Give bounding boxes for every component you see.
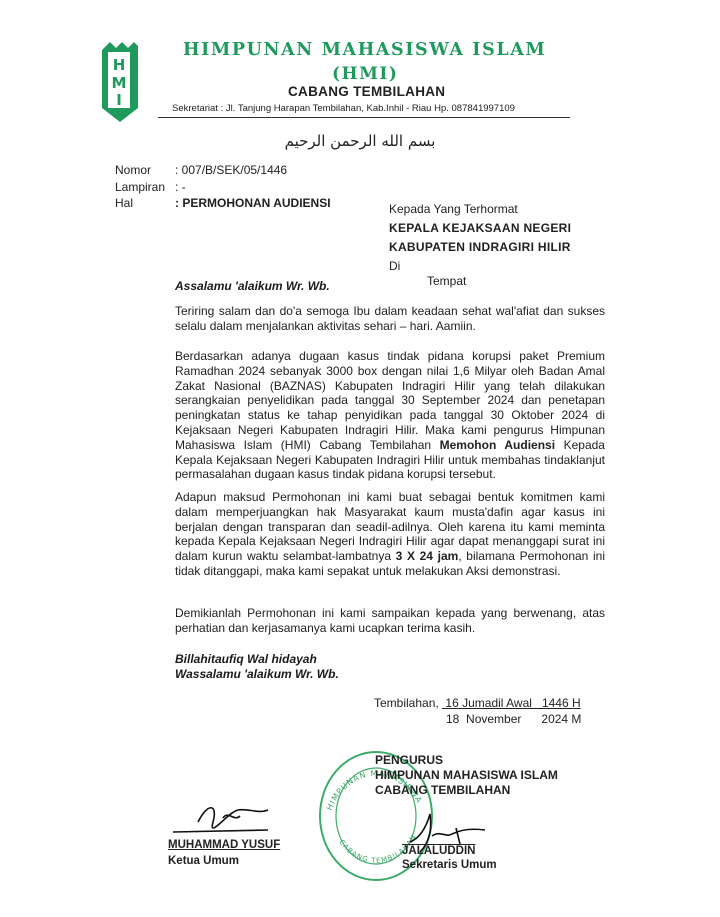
nomor-value: : 007/B/SEK/05/1446 bbox=[175, 163, 287, 177]
nomor-label: Nomor bbox=[115, 163, 151, 177]
org-address: Sekretariat : Jl. Tanjung Harapan Tembil… bbox=[172, 103, 515, 114]
lampiran-label: Lampiran bbox=[115, 180, 165, 194]
svg-text:I: I bbox=[116, 91, 122, 109]
opening-salam: Assalamu 'alaikum Wr. Wb. bbox=[175, 279, 330, 293]
signatory-right-name: JALALUDDIN bbox=[402, 845, 475, 857]
closing-line1: Billahitaufiq Wal hidayah bbox=[175, 652, 339, 667]
hmi-logo-icon: H M I bbox=[100, 42, 140, 122]
paragraph-4: Demikianlah Permohonan ini kami sampaika… bbox=[175, 606, 605, 636]
org-abbreviation: (HMI) bbox=[332, 64, 398, 84]
sig-org-line3: CABANG TEMBILAHAN bbox=[375, 783, 558, 798]
signature-scribble-left bbox=[168, 792, 278, 842]
recipient-greeting: Kepada Yang Terhormat bbox=[389, 201, 571, 218]
recipient-line1: KEPALA KEJAKSAAN NEGERI bbox=[389, 220, 571, 237]
recipient-line2: KABUPATEN INDRAGIRI HILIR bbox=[389, 239, 571, 256]
gregorian-date: 18 November 2024 M bbox=[374, 711, 581, 727]
paragraph-2-text: Berdasarkan adanya dugaan kasus tindak p… bbox=[175, 349, 605, 452]
date-block: Tembilahan, 16 Jumadil Awal 1446 H 18 No… bbox=[374, 695, 581, 727]
paragraph-1: Teriring salam dan do'a semoga Ibu dalam… bbox=[175, 304, 605, 334]
recipient-block: Kepada Yang Terhormat KEPALA KEJAKSAAN N… bbox=[389, 201, 571, 290]
svg-text:بسم الله الرحمن الرحيم: بسم الله الرحمن الرحيم bbox=[285, 132, 436, 150]
paragraph-3-emphasis: 3 X 24 jam bbox=[396, 549, 459, 563]
hijri-date: 16 Jumadil Awal 1446 H bbox=[442, 696, 581, 710]
signatory-left-title: Ketua Umum bbox=[168, 855, 239, 867]
closing-block: Billahitaufiq Wal hidayah Wassalamu 'ala… bbox=[175, 652, 339, 682]
signature-org-block: PENGURUS HIMPUNAN MAHASISWA ISLAM CABANG… bbox=[375, 753, 558, 798]
org-branch: CABANG TEMBILAHAN bbox=[288, 84, 445, 99]
paragraph-2-emphasis: Memohon Audiensi bbox=[440, 438, 555, 452]
signatory-left-name: MUHAMMAD YUSUF bbox=[168, 839, 280, 851]
recipient-tempat: Tempat bbox=[389, 273, 571, 290]
sig-org-line1: PENGURUS bbox=[375, 753, 558, 768]
closing-line2: Wassalamu 'alaikum Wr. Wb. bbox=[175, 667, 339, 682]
org-name: HIMPUNAN MAHASISWA ISLAM bbox=[183, 40, 546, 60]
signatory-right-title: Sekretaris Umum bbox=[402, 859, 497, 871]
header-divider bbox=[158, 117, 570, 118]
lampiran-value: : - bbox=[175, 180, 186, 194]
basmalah-calligraphy: بسم الله الرحمن الرحيم bbox=[272, 126, 448, 154]
hal-value: : PERMOHONAN AUDIENSI bbox=[175, 196, 331, 210]
svg-text:H: H bbox=[113, 56, 126, 74]
paragraph-2: Berdasarkan adanya dugaan kasus tindak p… bbox=[175, 349, 605, 482]
hal-label: Hal bbox=[115, 196, 133, 210]
svg-text:M: M bbox=[112, 74, 127, 92]
sig-org-line2: HIMPUNAN MAHASISWA ISLAM bbox=[375, 768, 558, 783]
date-place: Tembilahan, bbox=[374, 696, 439, 710]
paragraph-3: Adapun maksud Permohonan ini kami buat s… bbox=[175, 490, 605, 579]
